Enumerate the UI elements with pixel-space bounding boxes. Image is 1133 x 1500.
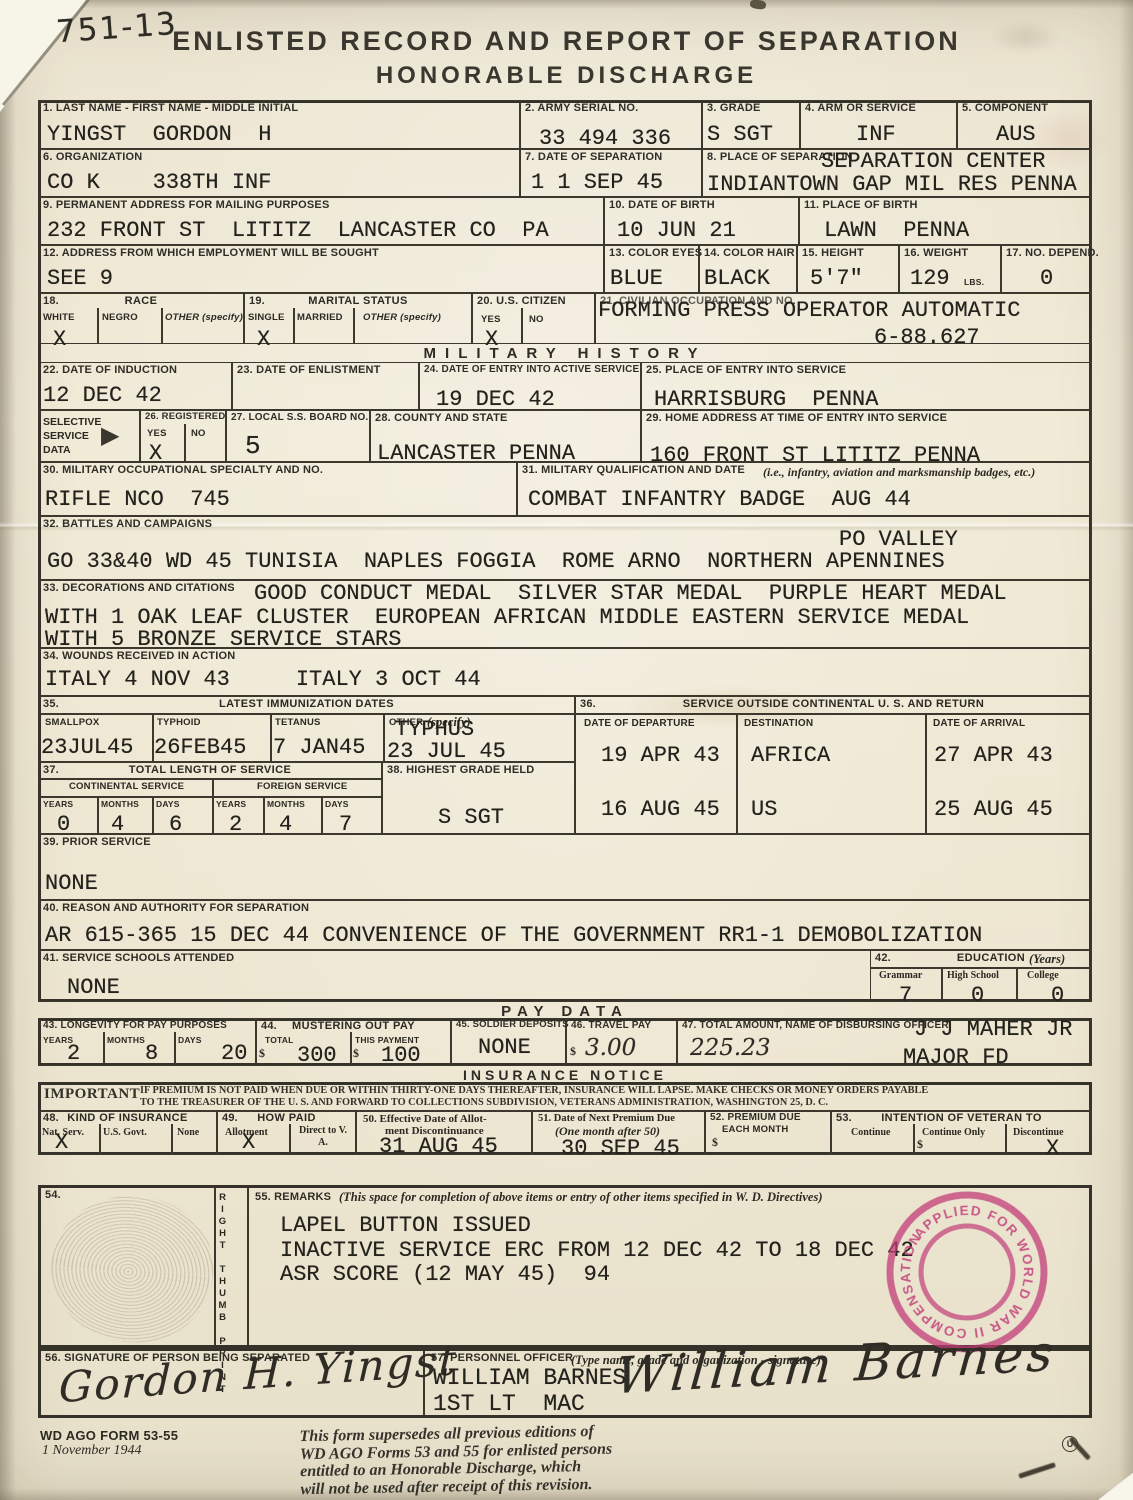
field-31-note: (i.e., infantry, aviation and marksmansh… [763,465,1035,480]
field-36-col-2-label: DATE OF ARRIVAL [933,718,1025,729]
divider [289,1124,291,1154]
field-11-cell: 11. PLACE OF BIRTH LAWN PENNA [799,197,1092,245]
thumbprint [42,1185,223,1352]
field-55-line2: INACTIVE SERVICE ERC FROM 12 DEC 42 TO 1… [280,1240,914,1262]
field-34-cell: 34. WOUNDS RECEIVED IN ACTION ITALY 4 NO… [38,648,1092,696]
field-11-value: LAWN PENNA [824,220,969,242]
field-29-cell: 29. HOME ADDRESS AT TIME OF ENTRY INTO S… [641,410,1092,462]
field-27-label: 27. LOCAL S.S. BOARD NO. [231,412,368,424]
field-22-label: 22. DATE OF INDUCTION [43,364,177,377]
field-16-label: 16. WEIGHT [904,247,968,260]
field-19-cell: 19. MARITAL STATUS SINGLE MARRIED OTHER … [244,293,472,344]
field-50-value: 31 AUG 45 [379,1136,498,1158]
field-33-cell: 33. DECORATIONS AND CITATIONS GOOD CONDU… [38,580,1092,648]
field-49-option-1-label: Direct to V. A. [295,1125,351,1148]
field-52-label: 52. PREMIUM DUE [710,1112,801,1124]
field-6-value: CO K 338TH INF [47,172,271,194]
field-1-cell: 1. LAST NAME - FIRST NAME - MIDDLE INITI… [38,100,520,149]
form-title-line2: HONORABLE DISCHARGE [0,62,1133,90]
field-43-label: 43. LONGEVITY FOR PAY PURPOSES [43,1020,227,1032]
divider [39,796,381,798]
field-46-value-handwritten: 3.00 [585,1035,636,1061]
field-3-label: 3. GRADE [707,102,761,115]
field-47-officer-rank: MAJOR FD [903,1047,1009,1069]
field-1-value: YINGST GORDON H [47,124,271,146]
important-text: IF PREMIUM IS NOT PAID WHEN DUE OR WITHI… [140,1085,1085,1110]
divider [39,713,574,715]
field-42-cell: 42. EDUCATION (Years) Grammar High Schoo… [870,950,1092,1002]
field-44-cell: 44. MUSTERING OUT PAY TOTAL THIS PAYMENT… [256,1018,451,1066]
section-heading-military-history: MILITARY HISTORY [38,345,1092,362]
field-51-label: 51. Date of Next Premium Due [538,1113,675,1124]
field-43-cell: 43. LONGEVITY FOR PAY PURPOSES YEARS MON… [38,1018,256,1066]
field-45-cell: 45. SOLDIER DEPOSITS NONE [451,1018,566,1066]
field-4-value: INF [856,124,896,146]
field-44-payment-dollar: $ [353,1046,359,1061]
field-20-option-1-label: NO [529,314,544,325]
paper-edge-left [0,0,16,1500]
field-17-cell: 17. NO. DEPEND. 0 [1001,245,1092,293]
divider [39,778,381,780]
field-32-value: GO 33&40 WD 45 TUNISIA NAPLES FOGGIA ROM… [47,551,945,573]
field-10-cell: 10. DATE OF BIRTH 10 JUN 21 [604,197,799,245]
field-18-option-2-label: OTHER (specify) [165,312,243,323]
important-line1: IF PREMIUM IS NOT PAID WHEN DUE OR WITHI… [140,1085,1085,1097]
field-18-cell: 18. RACE WHITE NEGRO OTHER (specify) X [38,293,244,344]
field-16-unit: LBS. [964,277,984,287]
field-47-label: 47. TOTAL AMOUNT, NAME OF DISBURSING OFF… [682,1020,949,1032]
field-44-payment-value: 100 [381,1045,421,1067]
field-54-number: 54. [45,1189,61,1202]
field-53-cell: 53. INTENTION OF VETERAN TO Continue Con… [831,1110,1092,1155]
divider [321,796,323,833]
field-39-value: NONE [45,873,98,895]
divider [1016,967,1018,1001]
field-49-title: HOW PAID [218,1112,355,1124]
footer-note: This form supersedes all previous editio… [299,1420,770,1499]
field-23-label: 23. DATE OF ENLISTMENT [237,364,381,377]
divider [353,308,355,343]
divider [247,1188,249,1345]
divider [350,1032,352,1065]
field-22-cell: 22. DATE OF INDUCTION 12 DEC 42 [38,362,232,410]
field-8-value2: INDIANTOWN GAP MIL RES PENNA [707,174,1077,196]
field-49-check: X [242,1132,255,1154]
important-word: IMPORTANT [44,1086,136,1103]
divider [925,713,927,833]
field-18-option-1-label: NEGRO [102,312,138,323]
field-16-value: 129 [910,268,950,290]
field-55-note: (This space for completion of above item… [339,1190,823,1205]
field-20-label: 20. U.S. CITIZEN [477,295,566,308]
field-36-cell: 36. SERVICE OUTSIDE CONTINENTAL U. S. AN… [575,696,1092,834]
field-37-g0-years-value: 0 [57,814,70,836]
field-40-label: 40. REASON AND AUTHORITY FOR SEPARATION [43,902,309,915]
field-10-label: 10. DATE OF BIRTH [609,199,715,212]
field-35-col-2-label: TETANUS [275,717,321,728]
field-27-value: 5 [245,433,261,459]
paper-tear-1 [1018,1462,1056,1478]
thumb-print-strip-label: RIGHT THUMB PRINT [217,1192,228,1344]
field-1-label: 1. LAST NAME - FIRST NAME - MIDDLE INITI… [43,102,298,115]
field-26-option-1-label: NO [191,428,206,439]
field-46-dollar: $ [570,1044,576,1059]
field-23-cell: 23. DATE OF ENLISTMENT [232,362,419,410]
paper-edge-right [1119,0,1133,1500]
field-37-g0-months-value: 4 [111,814,124,836]
divider [576,713,1091,715]
selective-service-cell: SELECTIVE SERVICE DATA ▶ [38,410,140,462]
field-7-value: 1 1 SEP 45 [531,172,663,194]
field-25-cell: 25. PLACE OF ENTRY INTO SERVICE HARRISBU… [641,362,1092,410]
field-16-cell: 16. WEIGHT 129 LBS. [899,245,1001,293]
field-24-value: 19 DEC 42 [436,389,555,411]
field-29-label: 29. HOME ADDRESS AT TIME OF ENTRY INTO S… [646,412,947,425]
field-49-cell: 49. HOW PAID Allotment Direct to V. A. X [217,1110,356,1155]
field-12-cell: 12. ADDRESS FROM WHICH EMPLOYMENT WILL B… [38,245,604,293]
field-35-col-3-value: TYPHUS [395,719,474,741]
field-6-label: 6. ORGANIZATION [43,151,142,164]
field-36-row-1-departure: 16 AUG 45 [601,799,720,821]
field-15-cell: 15. HEIGHT 5'7" [797,245,899,293]
field-45-value: NONE [478,1037,531,1059]
field-19-option-1-label: MARRIED [297,312,343,323]
field-38-label: 38. HIGHEST GRADE HELD [387,764,534,777]
field-3-cell: 3. GRADE S SGT [702,100,800,149]
field-37-g1-months-value: 4 [279,814,292,836]
field-2-cell: 2. ARMY SERIAL NO. 33 494 336 [520,100,702,149]
divider [293,308,295,343]
field-13-value: BLUE [610,268,663,290]
field-48-check: X [55,1132,68,1154]
field-42-col-2-label: College [1027,970,1059,981]
field-2-label: 2. ARMY SERIAL NO. [525,102,638,115]
field-53-option-1-label: Continue Only [922,1127,985,1138]
field-55-line3: ASR SCORE (12 MAY 45) 94 [280,1264,610,1286]
field-37-group-0-title: CONTINENTAL SERVICE [69,781,184,792]
field-7-cell: 7. DATE OF SEPARATION 1 1 SEP 45 [520,149,702,197]
field-37-g0-days-value: 6 [169,814,182,836]
field-48-cell: 48. KIND OF INSURANCE Nat. Serv. U.S. Go… [38,1110,217,1155]
field-55-label: 55. REMARKS [255,1191,331,1204]
divider [521,308,523,343]
divider [103,1032,105,1065]
field-5-value: AUS [996,124,1036,146]
divider [941,967,943,1001]
field-21-cell: 21. CIVILIAN OCCUPATION AND NO. FORMING … [595,293,1092,344]
field-4-cell: 4. ARM OR SERVICE INF [800,100,957,149]
field-32-cell: 32. BATTLES AND CAMPAIGNS PO VALLEY GO 3… [38,516,1092,580]
field-13-cell: 13. COLOR EYES BLUE [604,245,699,293]
field-30-cell: 30. MILITARY OCCUPATIONAL SPECIALTY AND … [38,462,517,516]
printer-mark: U [1062,1436,1078,1452]
field-41-value: NONE [67,977,120,999]
field-48-option-1-label: U.S. Govt. [103,1127,147,1138]
field-12-label: 12. ADDRESS FROM WHICH EMPLOYMENT WILL B… [43,247,379,260]
field-24-cell: 24. DATE OF ENTRY INTO ACTIVE SERVICE 19… [419,362,641,410]
field-18-option-0-label: WHITE [43,312,75,323]
field-32-label: 32. BATTLES AND CAMPAIGNS [43,518,212,531]
section-heading-insurance-notice: INSURANCE NOTICE [38,1067,1092,1083]
arrow-right-icon: ▶ [101,421,119,450]
field-37-group-1-title: FOREIGN SERVICE [257,781,347,792]
scanned-discharge-form: 751-13 ENLISTED RECORD AND REPORT OF SEP… [0,0,1133,1500]
field-12-value: SEE 9 [47,268,113,290]
field-50-cell: 50. Effective Date of Allot- ment Discon… [356,1110,532,1155]
divider [212,778,214,833]
field-43-years-value: 2 [67,1043,80,1065]
field-28-label: 28. COUNTY AND STATE [375,412,508,425]
field-4-label: 4. ARM OR SERVICE [805,102,916,115]
field-37-title: TOTAL LENGTH OF SERVICE [39,764,381,776]
field-57-label: 57. PERSONNEL OFFICER [431,1352,573,1365]
field-37-g1-years-value: 2 [229,814,242,836]
field-57-typed-name: WILLIAM BARNES [433,1367,626,1390]
signatures-box: 56. SIGNATURE OF PERSON BEING SEPARATED … [38,1348,1092,1418]
field-36-col-1-label: DESTINATION [744,718,813,729]
field-37-g0-months-label: MONTHS [101,799,139,809]
field-37-g1-months-label: MONTHS [267,799,305,809]
field-42-title-note: (Years) [1029,952,1065,967]
selective-service-title: SELECTIVE SERVICE DATA [43,415,105,458]
divider [736,713,738,833]
field-36-row-0-departure: 19 APR 43 [601,745,720,767]
field-32-value-top: PO VALLEY [839,529,958,551]
field-3-value: S SGT [707,124,773,146]
field-44-title: MUSTERING OUT PAY [257,1020,450,1032]
field-33-label: 33. DECORATIONS AND CITATIONS [43,582,235,595]
field-48-option-2-label: None [177,1127,199,1138]
field-51-value: 30 SEP 45 [561,1138,680,1160]
field-36-title: SERVICE OUTSIDE CONTINENTAL U. S. AND RE… [576,698,1091,710]
field-8-value1: SEPARATION CENTER [821,151,1045,173]
field-40-cell: 40. REASON AND AUTHORITY FOR SEPARATION … [38,900,1092,950]
field-30-label: 30. MILITARY OCCUPATIONAL SPECIALTY AND … [43,464,323,477]
divider [383,713,385,761]
field-41-label: 41. SERVICE SCHOOLS ATTENDED [43,952,234,965]
field-2-value: 33 494 336 [539,128,671,150]
field-15-value: 5'7" [810,268,863,290]
field-24-label: 24. DATE OF ENTRY INTO ACTIVE SERVICE [424,364,639,376]
footer-form-date: 1 November 1944 [42,1443,142,1459]
field-31-value: COMBAT INFANTRY BADGE AUG 44 [528,489,911,511]
field-37-g0-years-label: YEARS [43,799,73,809]
field-35-cell: 35. LATEST IMMUNIZATION DATES SMALLPOX T… [38,696,575,762]
field-35-col-3-value2: 23 JUL 45 [387,741,506,763]
field-14-label: 14. COLOR HAIR [704,247,795,260]
field-46-cell: 46. TRAVEL PAY $ 3.00 [566,1018,677,1066]
important-line2: TO THE TREASURER OF THE U. S. AND FORWAR… [140,1097,1085,1109]
field-20-cell: 20. U.S. CITIZEN YES NO X [472,293,595,344]
field-18-title: RACE [39,295,243,307]
field-30-value: RIFLE NCO 745 [45,489,230,511]
field-52-label2: EACH MONTH [722,1124,788,1135]
field-25-value: HARRISBURG PENNA [654,389,878,411]
field-6-cell: 6. ORGANIZATION CO K 338TH INF [38,149,520,197]
field-35-col-1-label: TYPHOID [157,717,201,728]
footer-form-id: WD AGO FORM 53-55 [40,1428,178,1443]
field-44-total-value: 300 [297,1045,337,1067]
field-33-line1: GOOD CONDUCT MEDAL SILVER STAR MEDAL PUR… [254,583,1007,605]
field-43-months-label: MONTHS [107,1035,145,1045]
field-45-label: 45. SOLDIER DEPOSITS [456,1020,569,1031]
divider [99,1124,101,1154]
field-26-cell: 26. REGISTERED YES NO X [140,410,226,462]
field-36-row-0-arrival: 27 APR 43 [934,745,1053,767]
field-42-number: 42. [875,952,891,965]
field-43-months-value: 8 [145,1043,158,1065]
field-11-label: 11. PLACE OF BIRTH [804,199,918,212]
field-36-row-0-destination: AFRICA [751,745,830,767]
field-35-col-0-value: 23JUL45 [41,737,133,759]
field-37-g1-days-label: DAYS [325,799,349,809]
field-53-dollar: $ [917,1137,923,1152]
field-9-label: 9. PERMANENT ADDRESS FOR MAILING PURPOSE… [43,199,330,212]
divider [171,1124,173,1154]
field-26-label: 26. REGISTERED [145,412,225,423]
field-14-value: BLACK [704,268,770,290]
field-35-col-1-value: 26FEB45 [154,737,246,759]
field-28-cell: 28. COUNTY AND STATE LANCASTER PENNA [370,410,641,462]
field-52-dollar: $ [712,1135,718,1150]
field-40-value: AR 615-365 15 DEC 44 CONVENIENCE OF THE … [45,925,982,947]
field-25-label: 25. PLACE OF ENTRY INTO SERVICE [646,364,846,377]
divider [152,796,154,833]
field-13-label: 13. COLOR EYES [609,247,702,260]
field-17-label: 17. NO. DEPEND. [1006,247,1099,260]
divider [97,796,99,833]
field-44-total-dollar: $ [259,1046,265,1061]
divider [871,967,1091,969]
field-47-amount-handwritten: 225.23 [690,1035,770,1061]
field-19-option-2-label: OTHER (specify) [363,312,441,323]
field-47-cell: 47. TOTAL AMOUNT, NAME OF DISBURSING OFF… [677,1018,1092,1066]
field-9-cell: 9. PERMANENT ADDRESS FOR MAILING PURPOSE… [38,197,604,245]
field-37-cell: 37. TOTAL LENGTH OF SERVICE CONTINENTAL … [38,762,382,834]
field-47-officer-name: J J MAHER JR [914,1019,1072,1041]
field-5-cell: 5. COMPONENT AUS [957,100,1092,149]
field-22-value: 12 DEC 42 [43,385,162,407]
field-43-days-value: 20 [221,1043,247,1065]
divider [97,308,99,343]
field-35-col-2-value: 7 JAN45 [273,737,365,759]
field-35-col-0-label: SMALLPOX [45,717,99,728]
field-37-g0-days-label: DAYS [156,799,180,809]
field-38-cell: 38. HIGHEST GRADE HELD S SGT [382,762,575,834]
field-19-option-0-label: SINGLE [248,312,285,323]
field-5-label: 5. COMPONENT [962,102,1048,115]
field-53-option-0-label: Continue [851,1127,890,1138]
field-44-total-label: TOTAL [265,1035,294,1045]
field-26-option-0-label: YES [147,428,167,439]
field-31-cell: 31. MILITARY QUALIFICATION AND DATE (i.e… [517,462,1092,516]
field-50-label: 50. Effective Date of Allot- [363,1113,487,1125]
divider [263,796,265,833]
field-52-cell: 52. PREMIUM DUE EACH MONTH $ [705,1110,831,1155]
field-37-g1-years-label: YEARS [216,799,246,809]
field-31-label: 31. MILITARY QUALIFICATION AND DATE [522,464,745,477]
field-36-row-1-arrival: 25 AUG 45 [934,799,1053,821]
field-42-col-0-label: Grammar [879,970,922,981]
divider [184,424,186,461]
field-20-option-0-label: YES [481,314,501,325]
field-38-value: S SGT [438,807,504,829]
field-36-row-1-destination: US [751,799,777,821]
field-9-value: 232 FRONT ST LITITZ LANCASTER CO PA [47,220,549,242]
divider [214,1188,216,1345]
field-7-label: 7. DATE OF SEPARATION [525,151,662,164]
field-14-cell: 14. COLOR HAIR BLACK [699,245,797,293]
field-39-cell: 39. PRIOR SERVICE NONE [38,834,1092,900]
field-15-label: 15. HEIGHT [802,247,864,260]
field-10-value: 10 JUN 21 [617,220,736,242]
field-21-value1: FORMING PRESS OPERATOR AUTOMATIC [598,300,1020,322]
form-title-line1: ENLISTED RECORD AND REPORT OF SEPARATION [0,26,1133,57]
divider [270,713,272,761]
field-36-col-0-label: DATE OF DEPARTURE [584,718,695,729]
field-33-line2: WITH 1 OAK LEAF CLUSTER EUROPEAN AFRICAN… [45,607,969,629]
field-27-cell: 27. LOCAL S.S. BOARD NO. 5 [226,410,370,462]
divider [174,1032,176,1065]
field-42-col-1-label: High School [947,970,999,981]
field-53-check: X [1046,1138,1059,1160]
field-48-title: KIND OF INSURANCE [39,1112,216,1124]
field-57-typed-rank: 1ST LT MAC [433,1393,585,1416]
field-46-label: 46. TRAVEL PAY [571,1020,651,1032]
field-17-value: 0 [1040,268,1053,290]
field-19-title: MARITAL STATUS [245,295,471,307]
field-39-label: 39. PRIOR SERVICE [43,836,151,849]
field-35-title: LATEST IMMUNIZATION DATES [39,698,574,710]
field-34-label: 34. WOUNDS RECEIVED IN ACTION [43,650,235,663]
field-55-line1: LAPEL BUTTON ISSUED [280,1215,531,1237]
field-34-value: ITALY 4 NOV 43 ITALY 3 OCT 44 [45,669,481,691]
field-37-g1-days-value: 7 [339,814,352,836]
field-8-cell: 8. PLACE OF SEPARATION SEPARATION CENTER… [702,149,1092,197]
field-43-days-label: DAYS [178,1035,202,1045]
field-51-cell: 51. Date of Next Premium Due (One month … [532,1110,705,1155]
divider [913,1124,915,1154]
field-53-title: INTENTION OF VETERAN TO [832,1112,1091,1124]
divider [1005,1124,1007,1154]
divider [161,308,163,343]
